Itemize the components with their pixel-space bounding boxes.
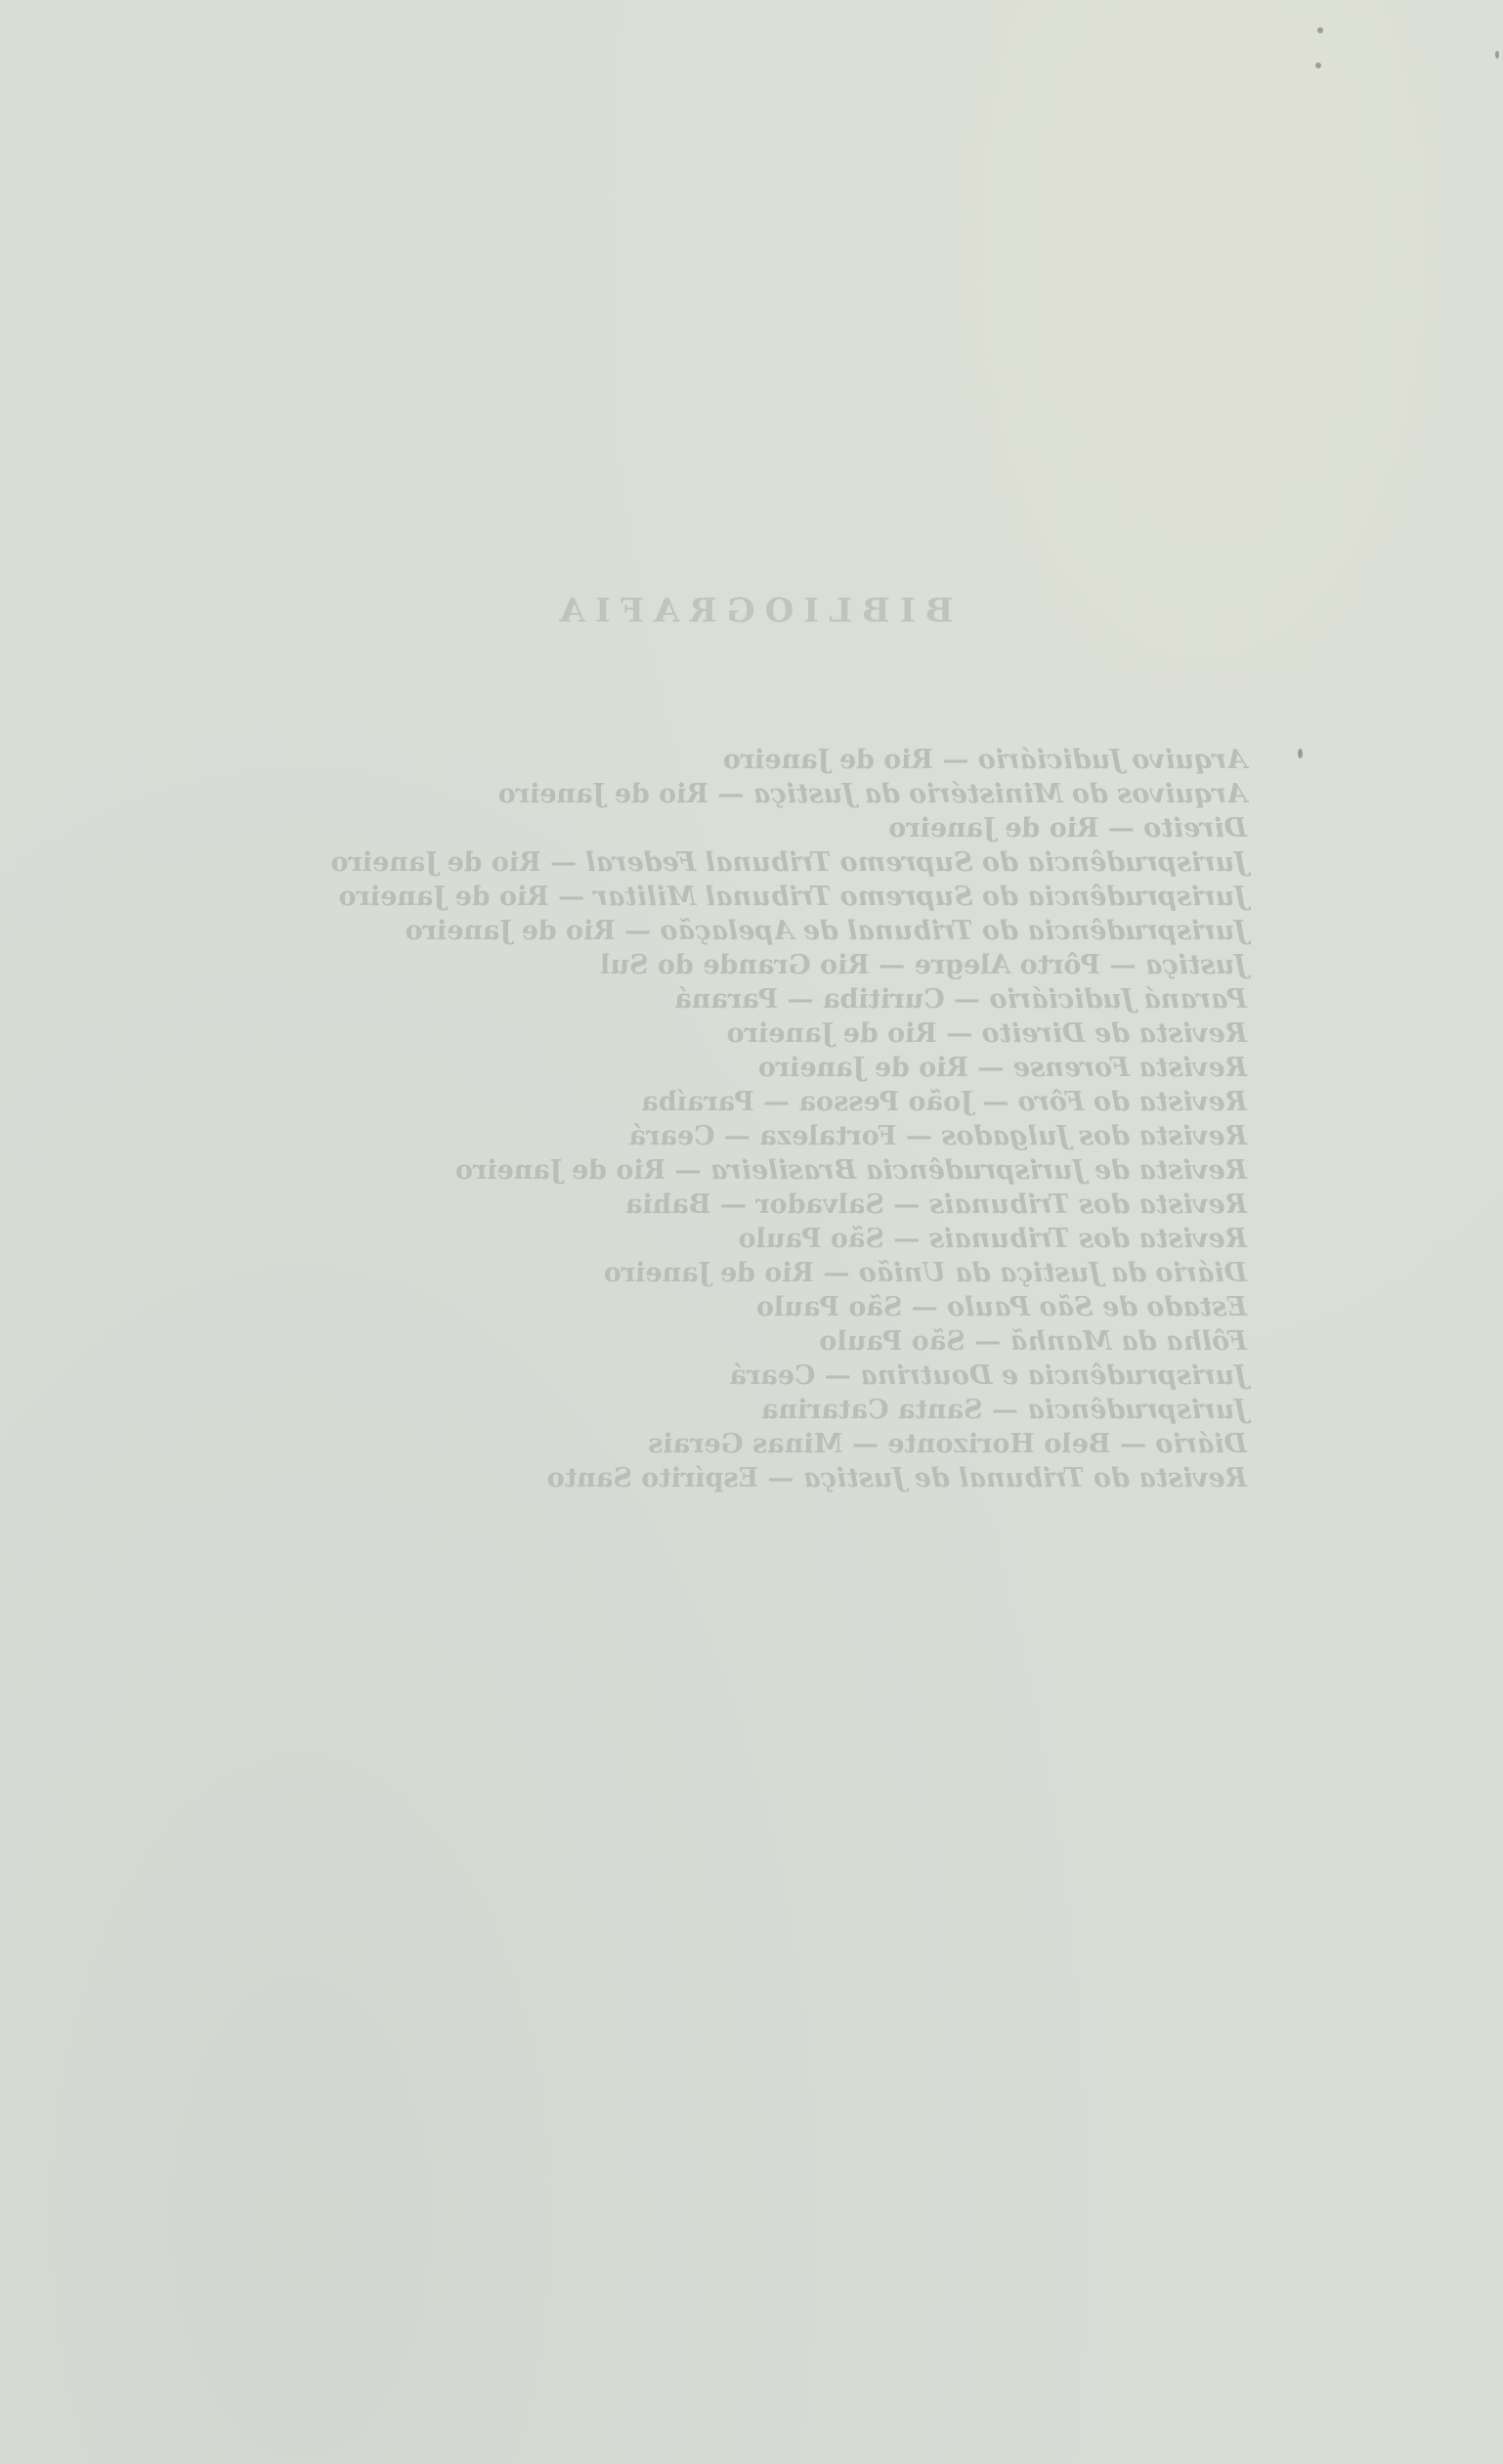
scanned-page: BIBLIOGRAFIA Arquivo Judiciário — Rio de… — [0, 0, 1503, 2464]
bibliography-entry: Jurisprudência do Tribunal de Apelação —… — [172, 914, 1247, 948]
bibliography-entry: Revista do Fôro — João Pessoa — Paraíba — [172, 1085, 1247, 1119]
bibliography-entry: Diário da Justiça da União — Rio de Jane… — [172, 1256, 1247, 1290]
bibliography-entry: Justiça — Pôrto Alegre — Rio Grande do S… — [172, 948, 1247, 982]
scan-speck — [1298, 749, 1303, 758]
bibliography-entry: Revista Forense — Rio de Janeiro — [172, 1051, 1247, 1085]
scan-speck — [1315, 63, 1321, 68]
bibliography-entry: Diário — Belo Horizonte — Minas Gerais — [172, 1427, 1247, 1461]
bibliography-entry: Revista de Direito — Rio de Janeiro — [172, 1016, 1247, 1051]
bibliography-entry: Jurisprudência — Santa Catarina — [172, 1393, 1247, 1427]
bibliography-entry: Jurisprudência do Supremo Tribunal Milit… — [172, 880, 1247, 914]
bibliography-entry: Revista dos Julgados — Fortaleza — Ceará — [172, 1119, 1247, 1153]
bibliography-entry: Fôlha da Manhã — São Paulo — [172, 1324, 1247, 1359]
bibliography-entry: Jurisprudência do Supremo Tribunal Feder… — [172, 845, 1247, 880]
page-title: BIBLIOGRAFIA — [0, 591, 1503, 630]
bibliography-entry: Revista de Jurisprudência Brasileira — R… — [172, 1153, 1247, 1188]
bibliography-entry: Paraná Judiciário — Curitiba — Paraná — [172, 982, 1247, 1016]
bibliography-entry: Jurisprudência e Doutrina — Ceará — [172, 1359, 1247, 1393]
bibliography-entry: Revista dos Tribunais — São Paulo — [172, 1222, 1247, 1256]
bibliography-entry: Estado de São Paulo — São Paulo — [172, 1290, 1247, 1324]
bibliography-entry: Direito — Rio de Janeiro — [172, 811, 1247, 845]
scan-speck — [1495, 51, 1499, 59]
bibliography-entry: Revista do Tribunal de Justiça — Espírit… — [172, 1461, 1247, 1495]
scan-speck — [1317, 27, 1323, 33]
bibliography-entry: Revista dos Tribunais — Salvador — Bahia — [172, 1188, 1247, 1222]
bibliography-entry: Arquivos do Ministério da Justiça — Rio … — [172, 777, 1247, 811]
bibliography-entry: Arquivo Judiciário — Rio de Janeiro — [172, 743, 1247, 777]
bibliography-list: Arquivo Judiciário — Rio de JaneiroArqui… — [172, 743, 1247, 1495]
